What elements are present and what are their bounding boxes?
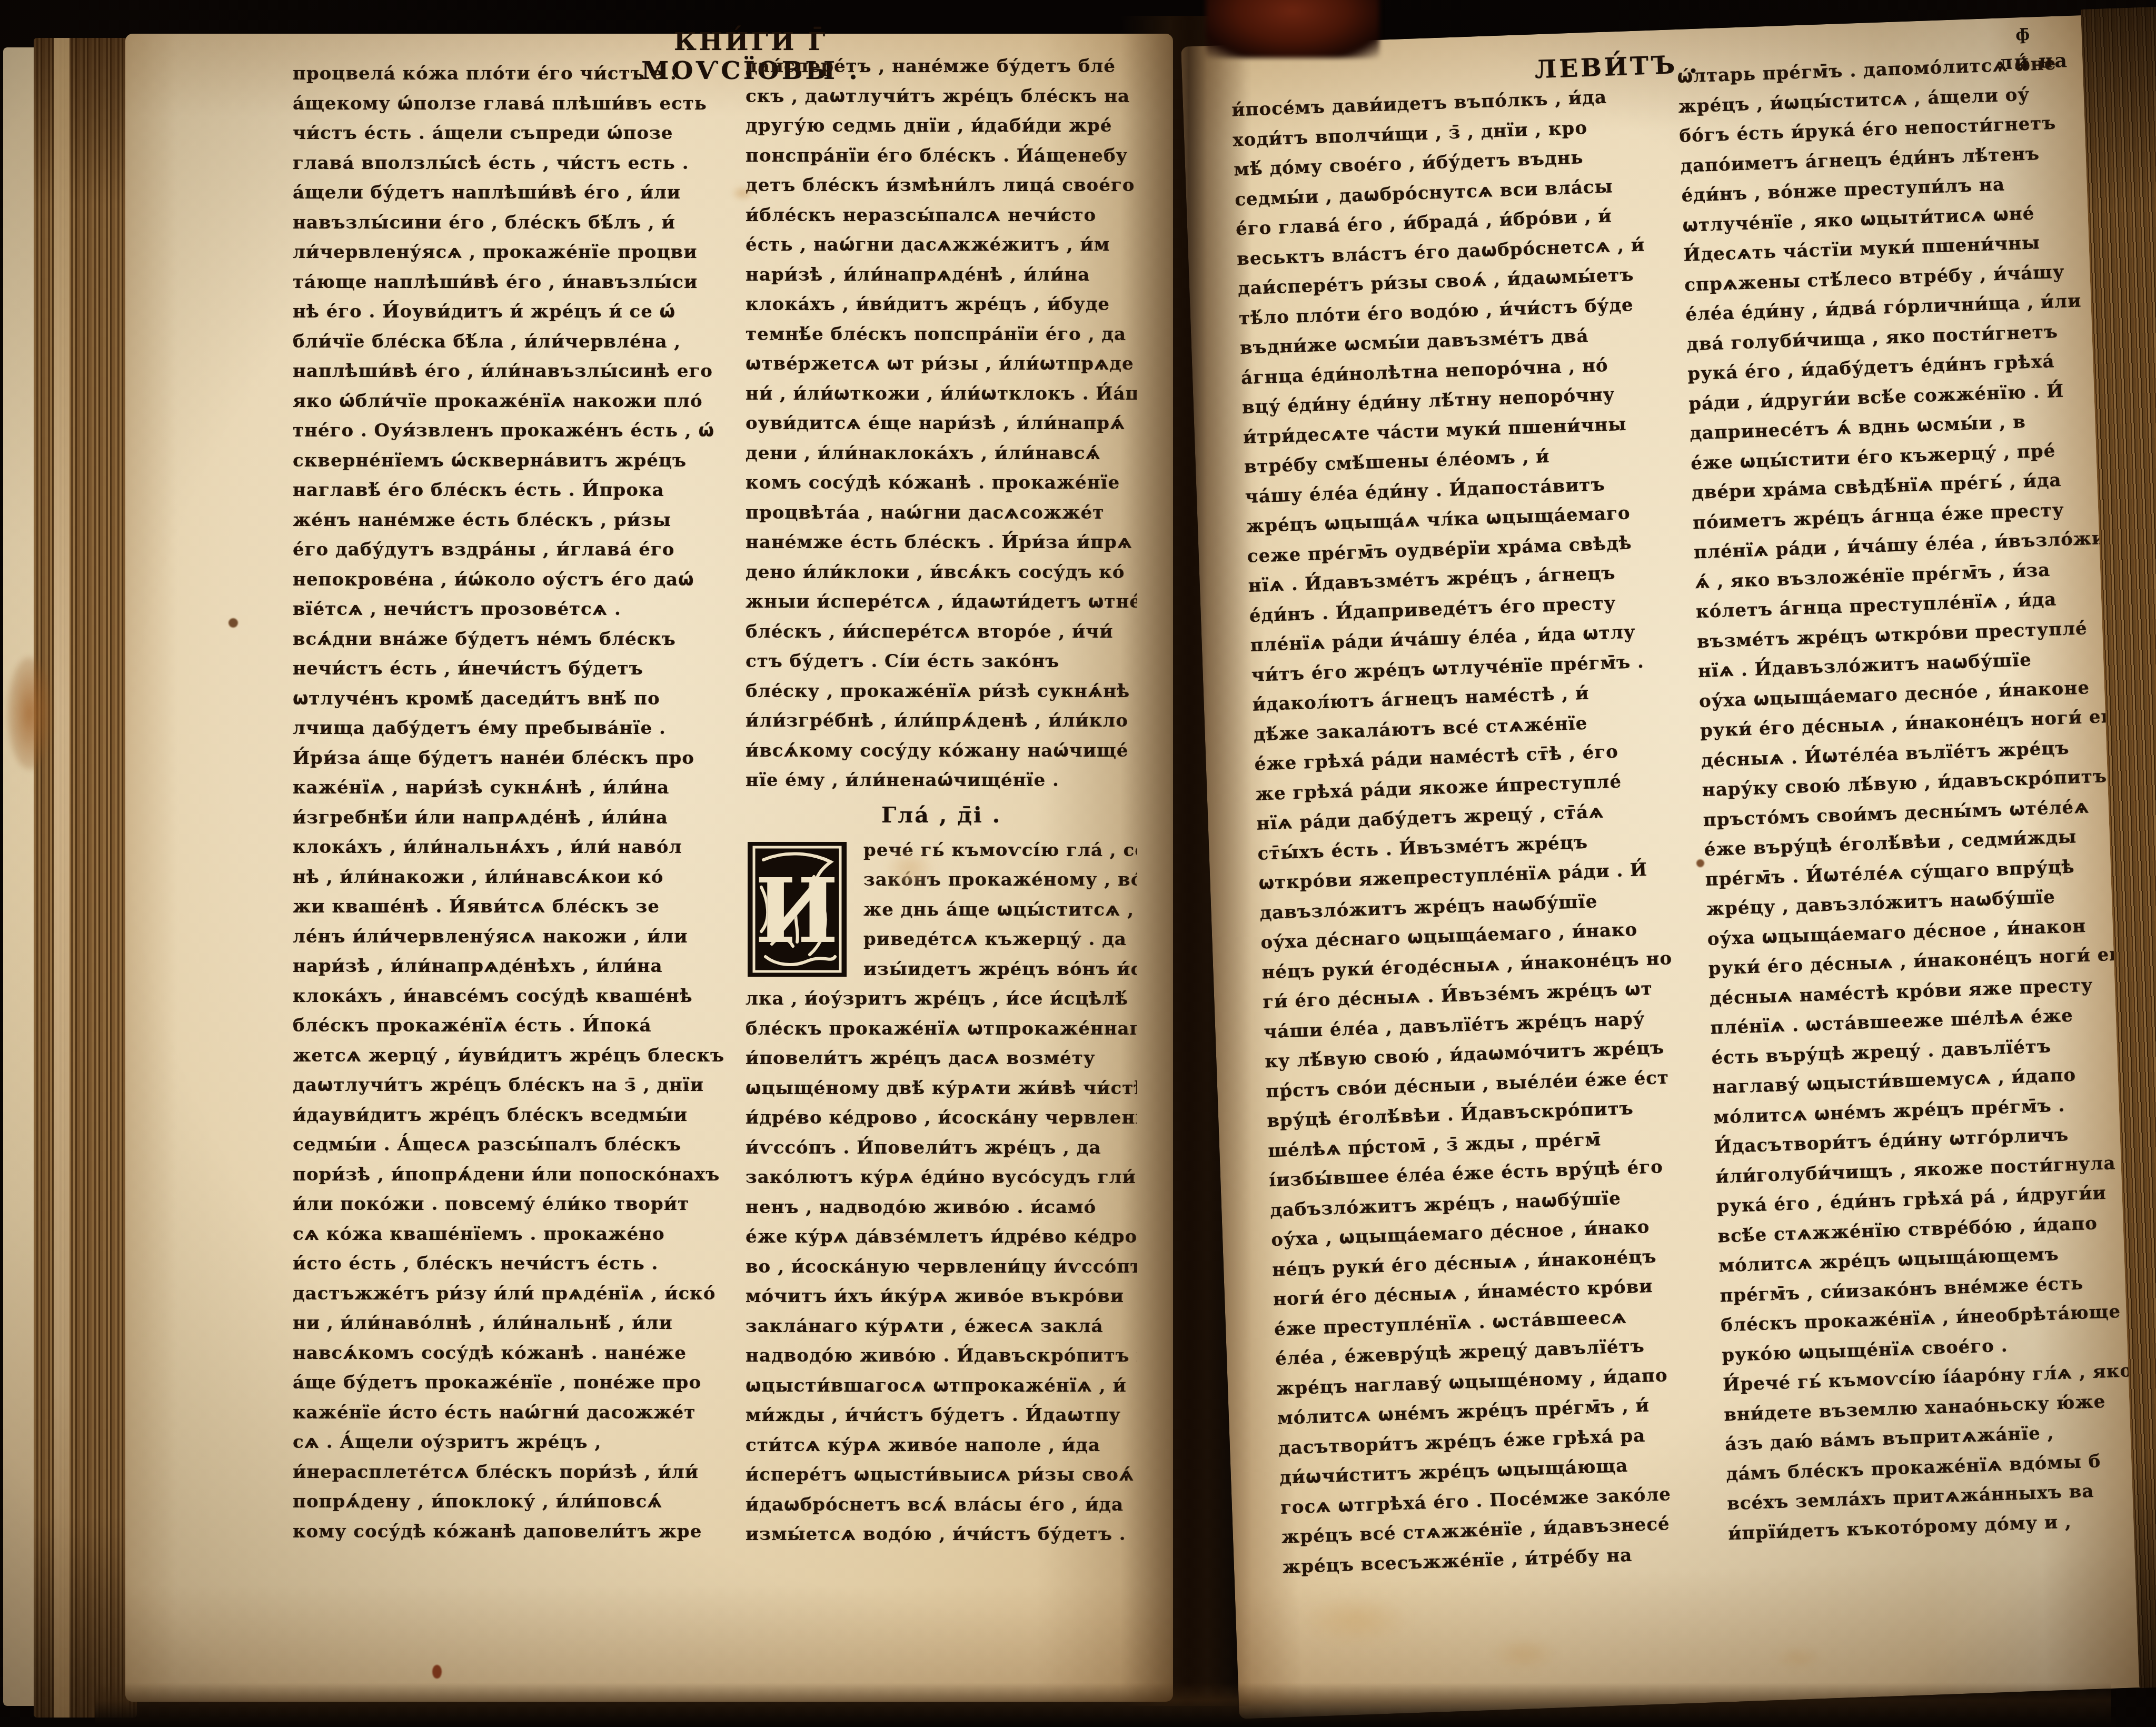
text-line: а́щекому ѡ́ползе глава́ плѣши́въ есть — [293, 89, 731, 119]
text-line: непокрове́на , и́ѡ́коло оу́стъ е́го даѡ́ — [293, 565, 731, 595]
text-line: и́бле́скъ неразсы́палсѧ нечи́сто — [746, 201, 1137, 231]
text-line: ни́ , и́ли́ѡткожи , и́ли́ѡтклокъ . И́а́щ… — [746, 379, 1137, 409]
text-line: навсѧ́комъ сосу́дѣ ко́жанѣ . нане́же — [293, 1338, 731, 1368]
text-line: стъ бу́детъ . Сі́и е́сть зако́нъ — [746, 647, 1137, 677]
open-antique-book-photo: КНИ́ГИ Г̄ МОѴСЇОВЫ . процвела́ ко́жа пло… — [0, 0, 2156, 1727]
text-line: пори́зѣ , и́попрѧ́дени и́ли попоско́нахъ — [293, 1160, 731, 1190]
text-line: е́же ку́рѧ да́взе́млетъ и́дре́во ке́дро — [746, 1222, 1137, 1252]
text-line: скъ , даѡтлучи́тъ жре́цъ бле́скъ на — [746, 82, 1137, 112]
left-page-column-2: даи́спере́тъ , нане́мже бу́детъ бле́скъ … — [746, 52, 1137, 1579]
left-page: КНИ́ГИ Г̄ МОѴСЇОВЫ . процвела́ ко́жа пло… — [125, 34, 1173, 1702]
text-line: нане́мже е́сть бле́скъ . И́ри́за и́прѧ — [746, 528, 1137, 558]
text-line: бли́чїе бле́ска бѣ́ла , и́ли́червле́на , — [293, 327, 731, 357]
text-line: И́ри́за а́ще бу́детъ нане́и бле́скъ про — [293, 743, 731, 773]
text-line: клока́хъ , и́ви́дитъ жре́цъ , и́буде — [746, 290, 1137, 320]
text-line: зако́лютъ ку́рѧ е́ди́но вусо́судъ гли́ — [746, 1163, 1137, 1193]
right-page-column-1: и́посе́мъ дави́идетъ въпо́лкъ , и́даходи… — [1231, 80, 1726, 1585]
text-line: и́всѧ́кому сосу́ду ко́жану наѡ́чище́ — [746, 736, 1137, 766]
text-line: сѧ ко́жа кваше́нїемъ . прокаже́но — [293, 1219, 731, 1249]
text-line: дени , и́ли́наклока́хъ , и́ли́навсѧ́ — [746, 439, 1137, 469]
text-line: мо́читъ и́хъ и́ку́рѧ живо́е въкро́ви — [746, 1282, 1137, 1312]
text-line: бле́скъ , и́и́спере́тсѧ второ́е , и́чи́ — [746, 617, 1137, 647]
text-line: клока́хъ , и́ли́нальнѧ́хъ , и́ли́ наво́л — [293, 832, 731, 862]
text-line: даѡтлучи́тъ жре́цъ бле́скъ на з̄ , днїи — [293, 1070, 731, 1100]
text-line: надводо́ю живо́ю . И́давъскро́питъ на — [746, 1341, 1137, 1371]
text-line: и́дре́во ке́дрово , и́соска́ну червлени́… — [746, 1103, 1137, 1133]
text-line: и́повели́тъ жре́цъ дасѧ возме́ту — [746, 1044, 1137, 1074]
text-line: кому сосу́дѣ ко́жанѣ даповели́тъ жре — [293, 1517, 731, 1547]
left-page-column-1: процвела́ ко́жа пло́ти е́го чи́стъ е́ .а… — [293, 59, 731, 1557]
text-line: и́ѵссо́пъ . И́повели́тъ жре́цъ , да — [746, 1133, 1137, 1163]
text-line: наплѣши́вѣ е́го , и́ли́навъзлы́синѣ его — [293, 356, 731, 386]
text-line: ни , и́ли́наво́лнѣ , и́ли́нальнѣ́ , и́ли — [293, 1308, 731, 1338]
text-line: седмы́и . А́щесѧ разсы́палъ бле́скъ — [293, 1130, 731, 1160]
text-line: вїе́тсѧ , нечи́стъ прозове́тсѧ . — [293, 594, 731, 624]
text-line: а́ще бу́детъ прокаже́нїе , поне́же про — [293, 1368, 731, 1398]
text-line: всѧ́дни вна́же бу́детъ не́мъ бле́скъ — [293, 624, 731, 654]
text-line: нари́зѣ , и́ли́напрѧде́нѣ , и́ли́на — [746, 260, 1137, 290]
text-line: другу́ю седмь днїи , и́даби́ди жре́ — [746, 111, 1137, 141]
quire-signature-mark: ф̄ — [2015, 25, 2031, 44]
text-line: бле́скъ прокаже́нїѧ ѡтпрокаже́ннаго — [746, 1014, 1137, 1044]
text-line: ѡтлуче́нъ кромѣ́ даседи́тъ внѣ́ по — [293, 684, 731, 714]
text-line: измы́етсѧ водо́ю , и́чи́стъ бу́детъ . — [746, 1520, 1137, 1550]
spine-headband — [1206, 0, 1379, 58]
text-line: ми́жды , и́чи́стъ бу́детъ . И́даѡтпу — [746, 1401, 1137, 1431]
woodcut-initial-icon: И — [747, 841, 848, 978]
text-line: нѣ , и́ли́накожи , и́ли́навсѧ́кои ко́ — [293, 862, 731, 892]
text-line: и́дауви́дитъ жре́цъ бле́скъ вседмы́и — [293, 1100, 731, 1130]
text-line: попрѧ́дену , и́поклоку́ , и́ли́повсѧ́ — [293, 1487, 731, 1517]
text-line: детъ бле́скъ и́змѣни́лъ лица́ свое́го — [746, 171, 1137, 201]
text-line: понспра́нїи е́го бле́скъ . И́а́щенебу — [746, 141, 1137, 171]
text-line: бле́ску , прокаже́нїѧ ри́зѣ сукнѧ́нѣ — [746, 677, 1137, 707]
text-line: е́го дабу́дутъ вздра́ны , и́глава́ е́го — [293, 535, 731, 565]
underlying-page-edge — [3, 47, 38, 1706]
column-2-upper-text: даи́спере́тъ , нане́мже бу́детъ бле́скъ … — [746, 52, 1137, 796]
left-fore-edge-page-stack — [34, 38, 137, 1718]
page-stack-light-band — [54, 38, 69, 1718]
text-line: нїе е́му , и́ли́ненаѡ́чище́нїе . — [746, 766, 1137, 796]
text-line: глава́ вползлы́сѣ е́сть , чи́стъ есть . — [293, 148, 731, 178]
text-line: процвѣта́а , наѡ́гни дасѧсожже́т — [746, 498, 1137, 528]
chapter-heading: Гла́ , д̄і . — [746, 799, 1137, 831]
text-line: даи́спере́тъ , нане́мже бу́детъ бле́ — [746, 52, 1137, 82]
text-line: сти́тсѧ ку́рѧ живо́е наполе , и́да — [746, 1431, 1137, 1461]
text-line: ненъ , надводо́ю живо́ю . и́само́ — [746, 1193, 1137, 1223]
text-line: темнѣ́е бле́скъ попспра́нїи е́го , да — [746, 320, 1137, 350]
text-line: е́сть , наѡ́гни дасѧжже́житъ , и́м — [746, 230, 1137, 260]
text-line: и́ли́згре́бнѣ , и́ли́прѧ́денѣ , и́ли́кло — [746, 706, 1137, 736]
text-line: лчища дабу́детъ е́му пребыва́нїе . — [293, 713, 731, 743]
text-line: яко ѡ́бли́чїе прокаже́нїѧ накожи пло́ — [293, 386, 731, 416]
text-line: ле́нъ и́ли́червлену́ясѧ накожи , и́ли — [293, 922, 731, 952]
text-line: нѣ е́го . И́оуви́дитъ и́ жре́цъ и́ се ѡ́ — [293, 297, 731, 327]
initial-letter-glyph: И — [755, 859, 840, 963]
text-line: комъ сосу́дѣ ко́жанѣ . прокаже́нїе — [746, 468, 1137, 498]
right-page: ЛЕВИ́ТЪ . ф̄ ли́ на и́посе́мъ дави́идетъ… — [1181, 15, 2156, 1719]
text-line: жныи и́спере́тсѧ , и́даѡти́детъ ѡтне́ — [746, 587, 1137, 617]
text-line: и́ли поко́жи . повсему́ е́ли́ко твори́т — [293, 1189, 731, 1219]
text-line: ѡтве́ржетсѧ ѡт ри́зы , и́ли́ѡтпрѧде — [746, 349, 1137, 379]
text-line: клока́хъ , и́навсе́мъ сосу́дѣ кваше́нѣ — [293, 981, 731, 1011]
bottom-page-block-shadow — [95, 1683, 2111, 1727]
text-line: жи кваше́нѣ . И́яви́тсѧ бле́скъ зе — [293, 892, 731, 922]
column-2-lower-text-block: И рече́ гь́ къмоѵсі́ю гла́ , се́зако́нъ … — [746, 836, 1137, 1550]
text-line: каже́нїѧ , нари́зѣ сукнѧ́нѣ , и́ли́на — [293, 773, 731, 803]
text-line: процвела́ ко́жа пло́ти е́го чи́стъ е́ . — [293, 59, 731, 89]
text-line: ѡцыще́ному двѣ́ ку́рѧти жи́вѣ чи́стѣ — [746, 1074, 1137, 1104]
text-line: чи́стъ е́сть . а́щели съпреди ѡ́позе — [293, 118, 731, 148]
text-line: жетсѧ жерцу́ , и́уви́дитъ жре́цъ блескъ — [293, 1041, 731, 1071]
text-line: бле́скъ прокаже́нїѧ е́сть . И́пока́ — [293, 1011, 731, 1041]
text-line: и́спере́тъ ѡцысти́выисѧ ри́зы своѧ́ — [746, 1460, 1137, 1490]
text-line: скверне́нїемъ ѡ́скверна́витъ жре́цъ — [293, 446, 731, 476]
text-line: сѧ . А́щели оу́зритъ жре́цъ , — [293, 1427, 731, 1457]
right-page-column-2: ѡ́лтарь пре́гм̄ъ . дапомо́литсѧ ѡ́нежре́… — [1677, 47, 2149, 1588]
text-line: каже́нїе и́сто е́сть наѡ́гни́ дасожже́т — [293, 1398, 731, 1428]
text-line: нари́зѣ , и́ли́напрѧде́нѣхъ , и́ли́на — [293, 951, 731, 981]
text-line: наглавѣ́ е́го бле́скъ е́сть . И́прока — [293, 475, 731, 505]
text-line: и́нерасплете́тсѧ бле́скъ пори́зѣ , и́ли́ — [293, 1457, 731, 1487]
text-line: дено и́ли́клоки , и́всѧ́къ сосу́дъ ко́ — [746, 558, 1137, 588]
text-line: нечи́стъ е́сть , и́нечи́стъ бу́детъ — [293, 654, 731, 684]
text-line: дастъжже́тъ ри́зу и́ли́ прѧде́нїѧ , и́ск… — [293, 1279, 731, 1309]
text-line: закла́наго ку́рѧти , е́жесѧ закла́ — [746, 1312, 1137, 1342]
text-line: и́сто е́сть , бле́скъ нечи́стъ е́сть . — [293, 1249, 731, 1279]
margin-ink-spot — [228, 618, 238, 628]
text-line: навъзлы́сини е́го , бле́скъ бѣ́лъ , и́ — [293, 208, 731, 238]
text-line: и́згребнѣ́и и́ли напрѧде́нѣ , и́ли́на — [293, 803, 731, 833]
text-line: же́нъ нане́мже е́сть бле́скъ , ри́зы — [293, 505, 731, 535]
text-line: а́щели бу́детъ наплѣши́вѣ е́го , и́ли — [293, 178, 731, 208]
text-line: ли́червлену́ясѧ , прокаже́нїе процви — [293, 237, 731, 267]
text-line: оуви́дитсѧ е́ще нари́зѣ , и́ли́напрѧ́ — [746, 409, 1137, 439]
red-stain-spot — [432, 1665, 442, 1679]
text-line: и́даѡбро́снетъ всѧ́ вла́сы е́го , и́да — [746, 1490, 1137, 1520]
text-line: лка , и́оу́зритъ жре́цъ , и́се и́сцѣлѣ́ — [746, 984, 1137, 1014]
text-line: во , и́соска́ную червлени́цу и́ѵссо́пъ ,… — [746, 1252, 1137, 1282]
text-line: та́юще наплѣши́вѣ е́го , и́навъзлы́си — [293, 267, 731, 297]
text-line: тне́го . Оуя́звленъ прокаже́нъ е́сть , ѡ… — [293, 416, 731, 446]
text-line: ѡцысти́вшагосѧ ѡтпрокаже́нїѧ , и́ — [746, 1371, 1137, 1401]
